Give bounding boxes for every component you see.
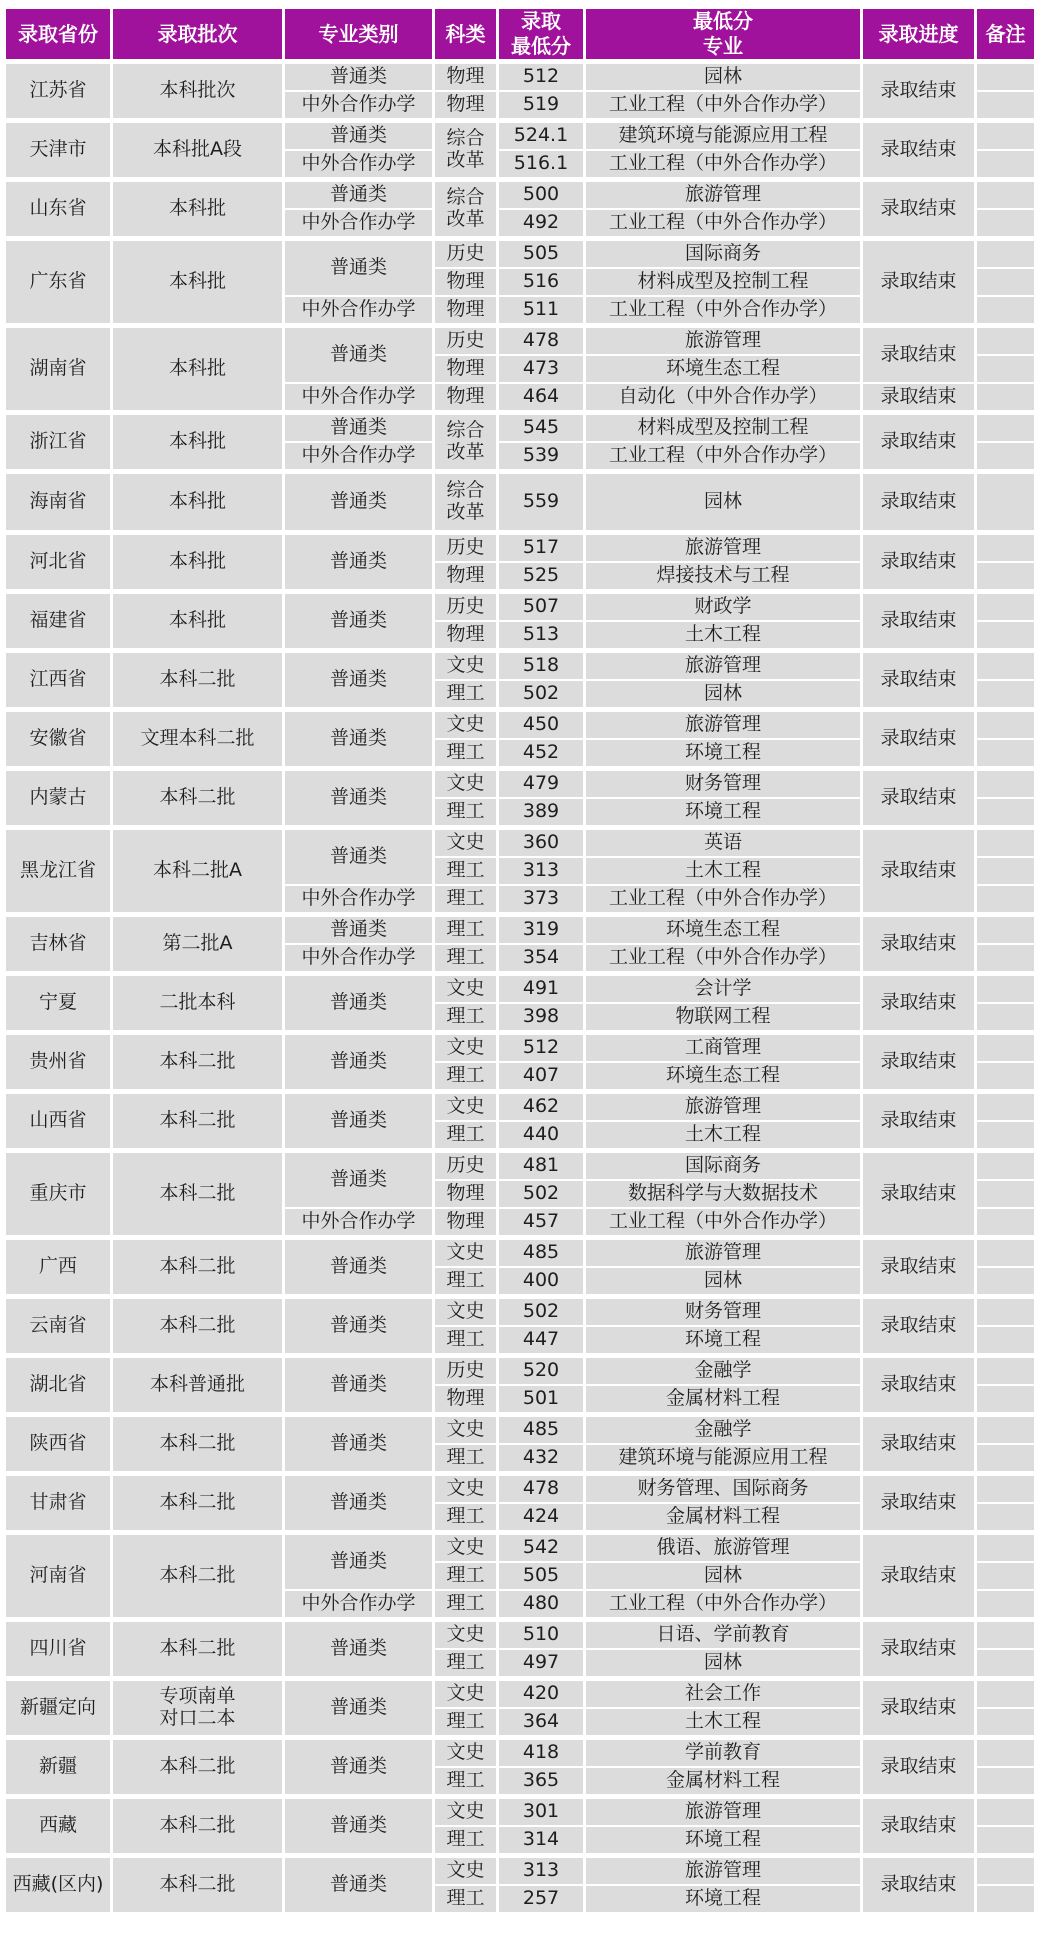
cell-remark (976, 121, 1036, 151)
cell-province: 重庆市 (5, 1151, 112, 1238)
cell-major: 园林 (585, 1562, 862, 1590)
cell-score: 518 (498, 651, 585, 681)
cell-score: 519 (498, 91, 585, 121)
admissions-table: 录取省份录取批次专业类别科类录取 最低分最低分 专业录取进度备注 江苏省本科批次… (3, 7, 1037, 1914)
col-header-subject: 科类 (434, 8, 498, 62)
cell-major: 学前教育 (585, 1738, 862, 1768)
cell-batch: 本科批A段 (112, 121, 284, 180)
cell-progress: 录取结束 (862, 1679, 976, 1738)
cell-score: 479 (498, 769, 585, 799)
cell-category: 普通类 (284, 1738, 434, 1797)
cell-major: 工业工程（中外合作办学） (585, 150, 862, 180)
cell-remark (976, 355, 1036, 383)
cell-remark (976, 268, 1036, 296)
cell-category: 普通类 (284, 239, 434, 297)
table-row: 天津市本科批A段普通类综合 改革524.1建筑环境与能源应用工程录取结束 (5, 121, 1036, 151)
cell-province: 广西 (5, 1238, 112, 1297)
cell-province: 新疆定向 (5, 1679, 112, 1738)
cell-batch: 本科二批 (112, 1033, 284, 1092)
cell-remark (976, 828, 1036, 858)
cell-category: 普通类 (284, 1151, 434, 1209)
cell-remark (976, 1267, 1036, 1297)
cell-major: 旅游管理 (585, 1092, 862, 1122)
cell-remark (976, 1826, 1036, 1856)
cell-score: 420 (498, 1679, 585, 1709)
cell-major: 旅游管理 (585, 326, 862, 356)
cell-score: 313 (498, 857, 585, 885)
cell-province: 福建省 (5, 592, 112, 651)
cell-score: 373 (498, 885, 585, 915)
cell-subject: 文史 (434, 1092, 498, 1122)
cell-subject: 理工 (434, 1826, 498, 1856)
cell-progress: 录取结束 (862, 1297, 976, 1356)
cell-score: 447 (498, 1326, 585, 1356)
cell-subject: 历史 (434, 1356, 498, 1386)
cell-category: 普通类 (284, 769, 434, 828)
cell-subject: 物理 (434, 91, 498, 121)
cell-remark (976, 1885, 1036, 1913)
cell-subject: 物理 (434, 1208, 498, 1238)
cell-progress: 录取结束 (862, 1238, 976, 1297)
table-body: 江苏省本科批次普通类物理512园林录取结束中外合作办学物理519工业工程（中外合… (5, 62, 1036, 1914)
cell-remark (976, 1767, 1036, 1797)
cell-remark (976, 326, 1036, 356)
cell-major: 旅游管理 (585, 1238, 862, 1268)
cell-remark (976, 472, 1036, 533)
cell-remark (976, 1708, 1036, 1738)
cell-category: 普通类 (284, 1533, 434, 1591)
cell-subject: 理工 (434, 1590, 498, 1620)
cell-major: 环境生态工程 (585, 1062, 862, 1092)
cell-remark (976, 857, 1036, 885)
cell-category: 普通类 (284, 326, 434, 384)
cell-major: 环境工程 (585, 1885, 862, 1913)
cell-province: 西藏(区内) (5, 1856, 112, 1914)
cell-category: 普通类 (284, 180, 434, 210)
cell-remark (976, 562, 1036, 592)
cell-score: 502 (498, 1180, 585, 1208)
cell-batch: 本科批 (112, 472, 284, 533)
cell-remark (976, 62, 1036, 92)
cell-subject: 理工 (434, 739, 498, 769)
cell-score: 502 (498, 680, 585, 710)
cell-major: 工业工程（中外合作办学） (585, 885, 862, 915)
cell-major: 园林 (585, 1649, 862, 1679)
cell-progress: 录取结束 (862, 710, 976, 769)
cell-remark (976, 651, 1036, 681)
cell-subject: 文史 (434, 1033, 498, 1063)
cell-category: 中外合作办学 (284, 944, 434, 974)
cell-remark (976, 710, 1036, 740)
cell-remark (976, 1562, 1036, 1590)
cell-score: 517 (498, 533, 585, 563)
cell-progress: 录取结束 (862, 769, 976, 828)
cell-major: 工业工程（中外合作办学） (585, 944, 862, 974)
table-row: 山西省本科二批普通类文史462旅游管理录取结束 (5, 1092, 1036, 1122)
cell-subject: 文史 (434, 769, 498, 799)
cell-major: 财务管理 (585, 769, 862, 799)
cell-score: 512 (498, 1033, 585, 1063)
cell-batch: 本科二批 (112, 769, 284, 828)
cell-province: 湖北省 (5, 1356, 112, 1415)
cell-score: 354 (498, 944, 585, 974)
cell-progress: 录取结束 (862, 383, 976, 413)
cell-subject: 理工 (434, 680, 498, 710)
cell-remark (976, 239, 1036, 269)
cell-remark (976, 1590, 1036, 1620)
cell-score: 516 (498, 268, 585, 296)
cell-batch: 本科二批 (112, 1151, 284, 1238)
col-header-progress: 录取进度 (862, 8, 976, 62)
cell-subject: 理工 (434, 1003, 498, 1033)
cell-score: 473 (498, 355, 585, 383)
cell-score: 257 (498, 1885, 585, 1913)
cell-subject: 文史 (434, 1415, 498, 1445)
cell-score: 497 (498, 1649, 585, 1679)
cell-province: 安徽省 (5, 710, 112, 769)
cell-major: 会计学 (585, 974, 862, 1004)
cell-category: 中外合作办学 (284, 885, 434, 915)
cell-province: 内蒙古 (5, 769, 112, 828)
table-row: 贵州省本科二批普通类文史512工商管理录取结束 (5, 1033, 1036, 1063)
cell-subject: 文史 (434, 651, 498, 681)
cell-province: 西藏 (5, 1797, 112, 1856)
cell-major: 金融学 (585, 1415, 862, 1445)
cell-province: 吉林省 (5, 915, 112, 974)
cell-progress: 录取结束 (862, 1092, 976, 1151)
table-row: 宁夏二批本科普通类文史491会计学录取结束 (5, 974, 1036, 1004)
cell-score: 492 (498, 209, 585, 239)
cell-remark (976, 442, 1036, 472)
cell-province: 湖南省 (5, 326, 112, 413)
cell-subject: 理工 (434, 915, 498, 945)
cell-major: 旅游管理 (585, 710, 862, 740)
cell-remark (976, 1208, 1036, 1238)
cell-province: 甘肃省 (5, 1474, 112, 1533)
cell-province: 海南省 (5, 472, 112, 533)
table-row: 西藏本科二批普通类文史301旅游管理录取结束 (5, 1797, 1036, 1827)
cell-subject: 理工 (434, 1267, 498, 1297)
table-row: 吉林省第二批A普通类理工319环境生态工程录取结束 (5, 915, 1036, 945)
cell-subject: 历史 (434, 326, 498, 356)
cell-category: 普通类 (284, 1415, 434, 1474)
cell-progress: 录取结束 (862, 1620, 976, 1679)
cell-major: 旅游管理 (585, 1856, 862, 1886)
cell-progress: 录取结束 (862, 472, 976, 533)
table-row: 重庆市本科二批普通类历史481国际商务录取结束 (5, 1151, 1036, 1181)
cell-batch: 本科批次 (112, 62, 284, 121)
cell-remark (976, 1856, 1036, 1886)
cell-category: 中外合作办学 (284, 150, 434, 180)
cell-remark (976, 1326, 1036, 1356)
cell-major: 工商管理 (585, 1033, 862, 1063)
cell-remark (976, 150, 1036, 180)
cell-major: 自动化（中外合作办学） (585, 383, 862, 413)
cell-category: 中外合作办学 (284, 296, 434, 326)
cell-remark (976, 383, 1036, 413)
cell-subject: 物理 (434, 62, 498, 92)
cell-score: 319 (498, 915, 585, 945)
cell-major: 数据科学与大数据技术 (585, 1180, 862, 1208)
cell-subject: 理工 (434, 1649, 498, 1679)
table-row: 新疆定向专项南单 对口二本普通类文史420社会工作录取结束 (5, 1679, 1036, 1709)
cell-subject: 理工 (434, 944, 498, 974)
cell-category: 普通类 (284, 828, 434, 886)
cell-subject: 综合 改革 (434, 413, 498, 472)
cell-remark (976, 1238, 1036, 1268)
cell-score: 539 (498, 442, 585, 472)
cell-progress: 录取结束 (862, 180, 976, 239)
cell-score: 513 (498, 621, 585, 651)
cell-province: 江苏省 (5, 62, 112, 121)
cell-category: 普通类 (284, 592, 434, 651)
cell-batch: 本科二批 (112, 1238, 284, 1297)
table-row: 新疆本科二批普通类文史418学前教育录取结束 (5, 1738, 1036, 1768)
cell-remark (976, 1356, 1036, 1386)
cell-province: 浙江省 (5, 413, 112, 472)
cell-score: 464 (498, 383, 585, 413)
cell-score: 559 (498, 472, 585, 533)
cell-province: 陕西省 (5, 1415, 112, 1474)
cell-province: 河南省 (5, 1533, 112, 1620)
cell-score: 505 (498, 1562, 585, 1590)
table-row: 安徽省文理本科二批普通类文史450旅游管理录取结束 (5, 710, 1036, 740)
cell-category: 普通类 (284, 1856, 434, 1914)
cell-major: 土木工程 (585, 1708, 862, 1738)
cell-progress: 录取结束 (862, 1474, 976, 1533)
cell-remark (976, 1797, 1036, 1827)
cell-major: 土木工程 (585, 1121, 862, 1151)
cell-major: 园林 (585, 1267, 862, 1297)
cell-progress: 录取结束 (862, 239, 976, 326)
cell-major: 金融学 (585, 1356, 862, 1386)
cell-subject: 历史 (434, 239, 498, 269)
table-row: 湖南省本科批普通类历史478旅游管理录取结束 (5, 326, 1036, 356)
cell-major: 财务管理 (585, 1297, 862, 1327)
cell-province: 天津市 (5, 121, 112, 180)
cell-major: 建筑环境与能源应用工程 (585, 121, 862, 151)
cell-subject: 物理 (434, 1180, 498, 1208)
cell-major: 英语 (585, 828, 862, 858)
cell-major: 俄语、旅游管理 (585, 1533, 862, 1563)
cell-progress: 录取结束 (862, 1356, 976, 1415)
cell-category: 普通类 (284, 413, 434, 443)
cell-batch: 本科二批 (112, 1797, 284, 1856)
cell-remark (976, 1415, 1036, 1445)
table-row: 甘肃省本科二批普通类文史478财务管理、国际商务录取结束 (5, 1474, 1036, 1504)
table-row: 陕西省本科二批普通类文史485金融学录取结束 (5, 1415, 1036, 1445)
cell-score: 516.1 (498, 150, 585, 180)
cell-score: 314 (498, 1826, 585, 1856)
cell-score: 505 (498, 239, 585, 269)
cell-subject: 综合 改革 (434, 472, 498, 533)
cell-progress: 录取结束 (862, 651, 976, 710)
cell-remark (976, 1180, 1036, 1208)
cell-category: 普通类 (284, 1092, 434, 1151)
cell-progress: 录取结束 (862, 121, 976, 180)
cell-major: 旅游管理 (585, 1797, 862, 1827)
cell-progress: 录取结束 (862, 1151, 976, 1238)
cell-major: 焊接技术与工程 (585, 562, 862, 592)
cell-major: 工业工程（中外合作办学） (585, 442, 862, 472)
cell-category: 普通类 (284, 1679, 434, 1738)
cell-subject: 物理 (434, 268, 498, 296)
cell-subject: 综合 改革 (434, 121, 498, 180)
cell-major: 物联网工程 (585, 1003, 862, 1033)
cell-remark (976, 413, 1036, 443)
cell-batch: 专项南单 对口二本 (112, 1679, 284, 1738)
cell-score: 507 (498, 592, 585, 622)
cell-remark (976, 1003, 1036, 1033)
cell-progress: 录取结束 (862, 974, 976, 1033)
cell-major: 金属材料工程 (585, 1767, 862, 1797)
cell-score: 450 (498, 710, 585, 740)
cell-category: 普通类 (284, 62, 434, 92)
cell-remark (976, 296, 1036, 326)
cell-major: 社会工作 (585, 1679, 862, 1709)
cell-score: 480 (498, 1590, 585, 1620)
cell-category: 普通类 (284, 1238, 434, 1297)
cell-remark (976, 739, 1036, 769)
cell-province: 云南省 (5, 1297, 112, 1356)
cell-score: 398 (498, 1003, 585, 1033)
cell-category: 中外合作办学 (284, 1208, 434, 1238)
cell-batch: 二批本科 (112, 974, 284, 1033)
cell-subject: 物理 (434, 296, 498, 326)
cell-subject: 历史 (434, 533, 498, 563)
cell-remark (976, 1033, 1036, 1063)
cell-batch: 本科二批 (112, 1533, 284, 1620)
cell-province: 贵州省 (5, 1033, 112, 1092)
cell-remark (976, 1738, 1036, 1768)
cell-score: 301 (498, 1797, 585, 1827)
cell-remark (976, 1385, 1036, 1415)
table-row: 江苏省本科批次普通类物理512园林录取结束 (5, 62, 1036, 92)
cell-batch: 本科批 (112, 326, 284, 413)
cell-category: 普通类 (284, 1356, 434, 1415)
table-row: 广东省本科批普通类历史505国际商务录取结束 (5, 239, 1036, 269)
cell-major: 旅游管理 (585, 180, 862, 210)
cell-score: 512 (498, 62, 585, 92)
cell-remark (976, 209, 1036, 239)
cell-score: 365 (498, 1767, 585, 1797)
cell-score: 478 (498, 1474, 585, 1504)
cell-remark (976, 621, 1036, 651)
table-row: 四川省本科二批普通类文史510日语、学前教育录取结束 (5, 1620, 1036, 1650)
cell-category: 普通类 (284, 710, 434, 769)
cell-category: 普通类 (284, 1797, 434, 1856)
cell-remark (976, 769, 1036, 799)
cell-major: 工业工程（中外合作办学） (585, 1590, 862, 1620)
cell-remark (976, 944, 1036, 974)
cell-remark (976, 680, 1036, 710)
cell-progress: 录取结束 (862, 915, 976, 974)
cell-province: 宁夏 (5, 974, 112, 1033)
cell-subject: 文史 (434, 1856, 498, 1886)
table-row: 浙江省本科批普通类综合 改革545材料成型及控制工程录取结束 (5, 413, 1036, 443)
table-row: 西藏(区内)本科二批普通类文史313旅游管理录取结束 (5, 1856, 1036, 1886)
cell-subject: 物理 (434, 621, 498, 651)
cell-major: 工业工程（中外合作办学） (585, 209, 862, 239)
cell-major: 国际商务 (585, 1151, 862, 1181)
cell-batch: 本科批 (112, 239, 284, 326)
cell-batch: 第二批A (112, 915, 284, 974)
cell-subject: 物理 (434, 383, 498, 413)
table-row: 河北省本科批普通类历史517旅游管理录取结束 (5, 533, 1036, 563)
cell-subject: 理工 (434, 798, 498, 828)
cell-category: 普通类 (284, 915, 434, 945)
cell-subject: 理工 (434, 857, 498, 885)
cell-major: 环境工程 (585, 1826, 862, 1856)
cell-major: 材料成型及控制工程 (585, 413, 862, 443)
cell-major: 园林 (585, 62, 862, 92)
cell-remark (976, 1620, 1036, 1650)
table-header: 录取省份录取批次专业类别科类录取 最低分最低分 专业录取进度备注 (5, 8, 1036, 62)
cell-batch: 本科批 (112, 533, 284, 592)
cell-subject: 理工 (434, 1708, 498, 1738)
cell-batch: 本科普通批 (112, 1356, 284, 1415)
cell-score: 462 (498, 1092, 585, 1122)
cell-score: 364 (498, 1708, 585, 1738)
cell-subject: 历史 (434, 1151, 498, 1181)
col-header-major: 最低分 专业 (585, 8, 862, 62)
col-header-batch: 录取批次 (112, 8, 284, 62)
col-header-score: 录取 最低分 (498, 8, 585, 62)
cell-remark (976, 533, 1036, 563)
col-header-province: 录取省份 (5, 8, 112, 62)
cell-major: 土木工程 (585, 621, 862, 651)
table-row: 内蒙古本科二批普通类文史479财务管理录取结束 (5, 769, 1036, 799)
cell-remark (976, 1121, 1036, 1151)
cell-major: 工业工程（中外合作办学） (585, 91, 862, 121)
cell-province: 山西省 (5, 1092, 112, 1151)
cell-batch: 本科二批 (112, 1415, 284, 1474)
cell-category: 普通类 (284, 1297, 434, 1356)
cell-major: 土木工程 (585, 857, 862, 885)
cell-province: 江西省 (5, 651, 112, 710)
cell-major: 国际商务 (585, 239, 862, 269)
col-header-remark: 备注 (976, 8, 1036, 62)
cell-progress: 录取结束 (862, 1797, 976, 1856)
cell-score: 545 (498, 413, 585, 443)
cell-subject: 文史 (434, 974, 498, 1004)
cell-subject: 文史 (434, 1738, 498, 1768)
cell-progress: 录取结束 (862, 1738, 976, 1797)
cell-score: 501 (498, 1385, 585, 1415)
cell-major: 环境生态工程 (585, 915, 862, 945)
cell-score: 511 (498, 296, 585, 326)
cell-major: 金属材料工程 (585, 1385, 862, 1415)
cell-batch: 本科二批 (112, 1856, 284, 1914)
cell-subject: 理工 (434, 1562, 498, 1590)
cell-batch: 本科二批 (112, 1297, 284, 1356)
cell-remark (976, 1092, 1036, 1122)
cell-score: 452 (498, 739, 585, 769)
table-row: 黑龙江省本科二批A普通类文史360英语录取结束 (5, 828, 1036, 858)
cell-progress: 录取结束 (862, 592, 976, 651)
cell-score: 457 (498, 1208, 585, 1238)
cell-remark (976, 974, 1036, 1004)
cell-subject: 文史 (434, 1238, 498, 1268)
cell-progress: 录取结束 (862, 533, 976, 592)
cell-category: 普通类 (284, 472, 434, 533)
cell-score: 478 (498, 326, 585, 356)
cell-score: 524.1 (498, 121, 585, 151)
table-row: 山东省本科批普通类综合 改革500旅游管理录取结束 (5, 180, 1036, 210)
cell-category: 普通类 (284, 651, 434, 710)
cell-batch: 本科二批 (112, 1474, 284, 1533)
cell-subject: 历史 (434, 592, 498, 622)
